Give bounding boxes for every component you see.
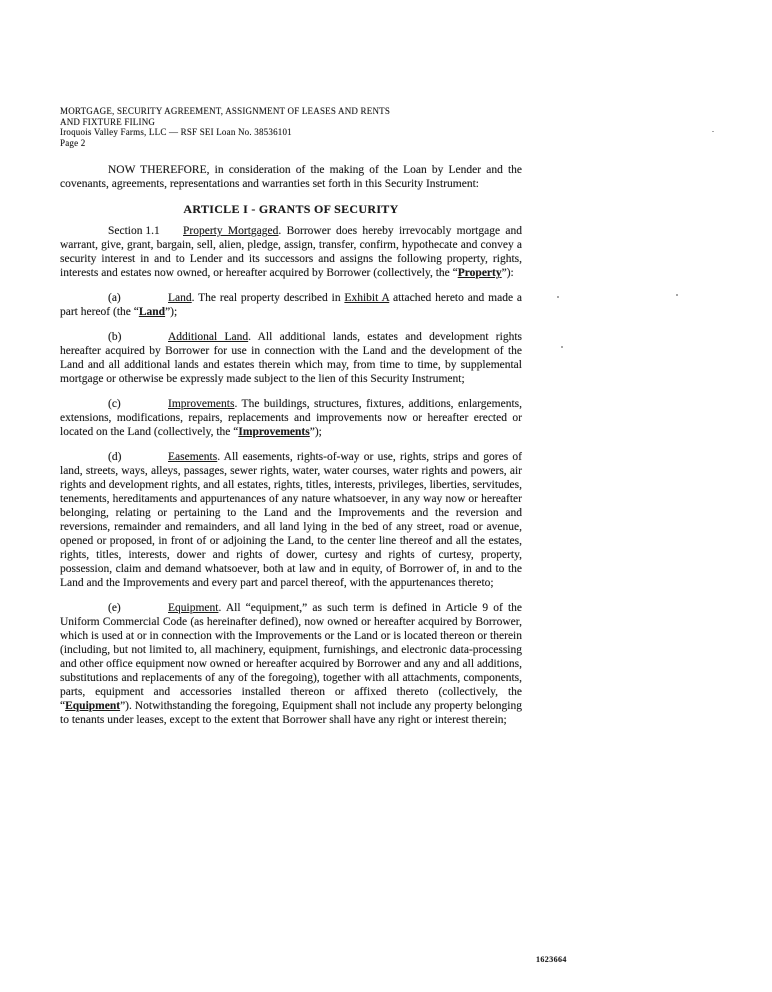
- paragraph-item-d-easements: (d)Easements. All easements, rights-of-w…: [60, 450, 522, 590]
- scan-speckle: [561, 346, 563, 348]
- text-run: Land: [139, 306, 165, 318]
- paragraph-section-1-1: Section 1.1Property Mortgaged. Borrower …: [60, 224, 522, 280]
- text-run: Improvements: [168, 398, 234, 410]
- document-header-block: MORTGAGE, SECURITY AGREEMENT, ASSIGNMENT…: [60, 106, 522, 148]
- document-control-number: 1623664: [536, 955, 567, 964]
- text-run: Equipment: [65, 700, 120, 712]
- scan-speckle: [557, 296, 559, 298]
- text-run: ”);: [165, 306, 177, 318]
- paragraph-label: Section 1.1: [108, 224, 183, 238]
- header-loan-reference: Iroquois Valley Farms, LLC — RSF SEI Loa…: [60, 127, 522, 138]
- text-run: Equipment: [168, 602, 218, 614]
- text-run: . All easements, rights-of-way or use, r…: [60, 451, 522, 589]
- paragraph-label: (b): [108, 330, 168, 344]
- text-run: . The real property described in: [192, 292, 345, 304]
- scanned-document-page: MORTGAGE, SECURITY AGREEMENT, ASSIGNMENT…: [0, 0, 772, 992]
- paragraph-item-c-improvements: (c)Improvements. The buildings, structur…: [60, 397, 522, 439]
- document-body: NOW THEREFORE, in consideration of the m…: [60, 163, 522, 727]
- paragraph-label: (c): [108, 397, 168, 411]
- paragraph-label: (a): [108, 291, 168, 305]
- scan-speckle: [676, 294, 678, 296]
- text-run: . All “equipment,” as such term is defin…: [60, 602, 522, 712]
- paragraph-label: (d): [108, 450, 168, 464]
- paragraph-item-e-equipment: (e)Equipment. All “equipment,” as such t…: [60, 601, 522, 727]
- paragraph-item-b-additional-land: (b)Additional Land. All additional lands…: [60, 330, 522, 386]
- text-run: Property: [458, 267, 502, 279]
- text-run: ”):: [502, 267, 514, 279]
- text-run: ”). Notwithstanding the foregoing, Equip…: [60, 700, 522, 726]
- header-title-line-1: MORTGAGE, SECURITY AGREEMENT, ASSIGNMENT…: [60, 106, 522, 117]
- paragraph-now-therefore: NOW THEREFORE, in consideration of the m…: [60, 163, 522, 191]
- text-run: ”);: [310, 426, 322, 438]
- scan-speckle: [712, 131, 714, 132]
- text-run: Land: [168, 292, 192, 304]
- article-heading: ARTICLE I - GRANTS OF SECURITY: [60, 202, 522, 216]
- text-run: Property Mortgaged: [183, 225, 278, 237]
- paragraph-label: (e): [108, 601, 168, 615]
- text-run: Improvements: [238, 426, 309, 438]
- text-run: Additional Land: [168, 331, 248, 343]
- text-run: Easements: [168, 451, 217, 463]
- header-page-number: Page 2: [60, 138, 522, 149]
- text-run: Exhibit A: [344, 292, 389, 304]
- document-content: MORTGAGE, SECURITY AGREEMENT, ASSIGNMENT…: [60, 106, 522, 738]
- text-run: NOW THEREFORE, in consideration of the m…: [60, 164, 522, 190]
- header-title-line-2: AND FIXTURE FILING: [60, 117, 522, 128]
- paragraph-item-a-land: (a)Land. The real property described in …: [60, 291, 522, 319]
